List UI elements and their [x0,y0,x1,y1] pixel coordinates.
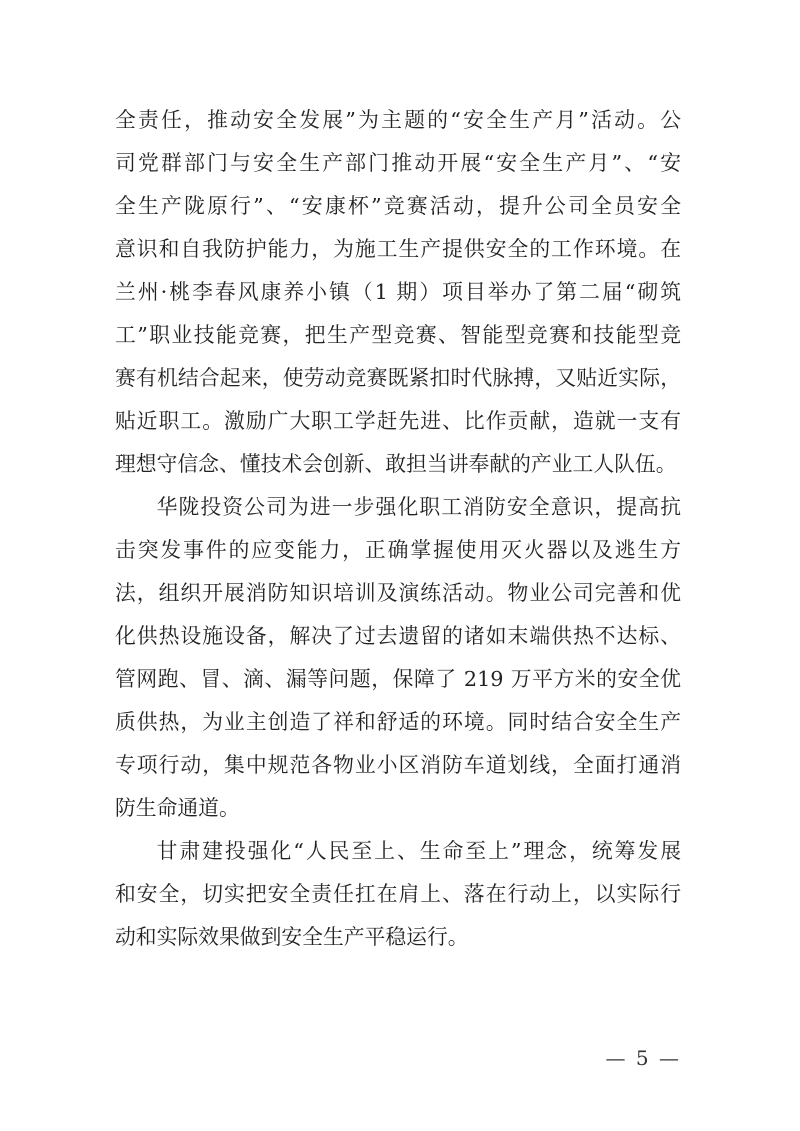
page-number: — 5 — [606,1046,681,1070]
document-page: 全责任，推动安全发展”为主题的“安全生产月”活动。公 司党群部门与安全生产部门推… [0,0,800,1131]
text-line: 意识和自我防护能力，为施工生产提供安全的工作环境。在 [115,228,681,271]
text-line-paragraph-start: 华陇投资公司为进一步强化职工消防安全意识，提高抗 [115,486,681,529]
text-line-paragraph-end: 防生命通道。 [115,787,681,830]
text-line: 贴近职工。激励广大职工学赶先进、比作贡献，造就一支有 [115,400,681,443]
text-line: 击突发事件的应变能力，正确掌握使用灭火器以及逃生方 [115,529,681,572]
page-footer: — 5 — [115,1045,681,1071]
text-line: 和安全，切实把安全责任扛在肩上、落在行动上，以实际行 [115,873,681,916]
text-line: 全生产陇原行”、“安康杯”竞赛活动，提升公司全员安全 [115,185,681,228]
text-line: 化供热设施设备，解决了过去遗留的诸如末端供热不达标、 [115,615,681,658]
text-line: 管网跑、冒、滴、漏等问题，保障了 219 万平方米的安全优 [115,658,681,701]
text-line-paragraph-end: 动和实际效果做到安全生产平稳运行。 [115,916,681,959]
text-line: 法，组织开展消防知识培训及演练活动。物业公司完善和优 [115,572,681,615]
text-line: 司党群部门与安全生产部门推动开展“安全生产月”、“安 [115,142,681,185]
text-line: 赛有机结合起来，使劳动竞赛既紧扣时代脉搏，又贴近实际， [115,357,681,400]
text-line: 工”职业技能竞赛，把生产型竞赛、智能型竞赛和技能型竞 [115,314,681,357]
text-line: 专项行动，集中规范各物业小区消防车道划线，全面打通消 [115,744,681,787]
text-line: 兰州·桃李春风康养小镇（1 期）项目举办了第二届“砌筑 [115,271,681,314]
document-body: 全责任，推动安全发展”为主题的“安全生产月”活动。公 司党群部门与安全生产部门推… [115,99,681,959]
text-line: 理想守信念、懂技术会创新、敢担当讲奉献的产业工人队伍。 [115,443,681,486]
text-line-paragraph-start: 甘肃建投强化“人民至上、生命至上”理念，统筹发展 [115,830,681,873]
text-line: 全责任，推动安全发展”为主题的“安全生产月”活动。公 [115,99,681,142]
text-line: 质供热，为业主创造了祥和舒适的环境。同时结合安全生产 [115,701,681,744]
